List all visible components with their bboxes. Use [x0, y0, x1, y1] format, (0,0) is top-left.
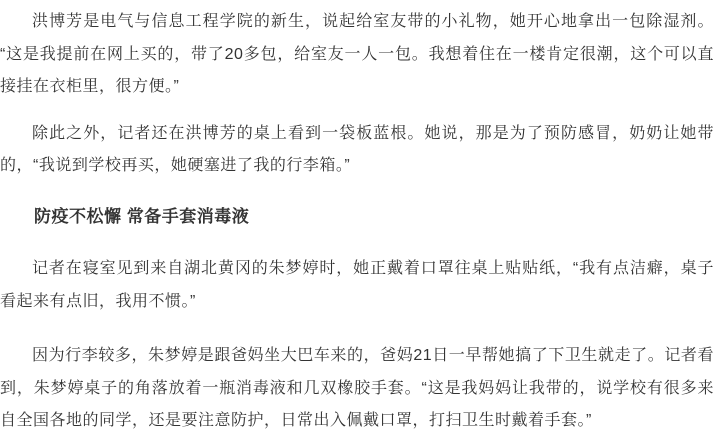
section-heading: 防疫不松懈 常备手套消毒液	[0, 201, 714, 234]
article-paragraph-2: 除此之外，记者还在洪博芳的桌上看到一袋板蓝根。她说，那是为了预防感冒，奶奶让她带…	[0, 118, 714, 183]
page: { "page": { "background": "#ffffff", "te…	[0, 0, 714, 432]
article-paragraph-1: 洪博芳是电气与信息工程学院的新生，说起给室友带的小礼物，她开心地拿出一包除湿剂。…	[0, 6, 714, 104]
article-paragraph-3: 记者在寝室见到来自湖北黄冈的朱梦婷时，她正戴着口罩往桌上贴贴纸，“我有点洁癖，桌…	[0, 253, 714, 318]
article-paragraph-4: 因为行李较多，朱梦婷是跟爸妈坐大巴车来的，爸妈21日一早帮她搞了下卫生就走了。记…	[0, 340, 714, 432]
article-body: 洪博芳是电气与信息工程学院的新生，说起给室友带的小礼物，她开心地拿出一包除湿剂。…	[0, 0, 714, 432]
